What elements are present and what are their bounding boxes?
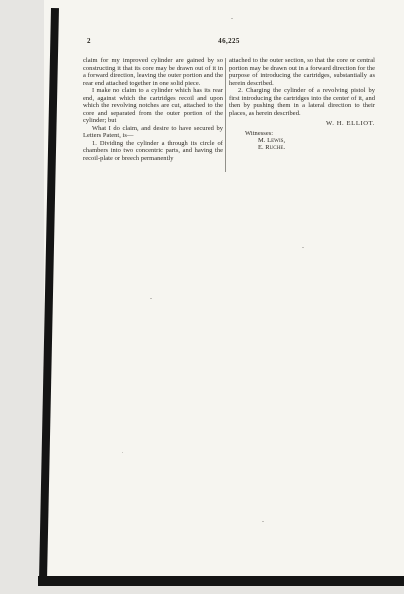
scan-speck <box>302 247 304 248</box>
scan-speck <box>150 298 152 299</box>
witnesses-label: Witnesses: <box>245 130 375 137</box>
scan-speck <box>348 96 349 97</box>
disclaimer-paragraph: I make no claim to a cylinder which has … <box>83 87 223 125</box>
column-divider-rule <box>225 58 226 172</box>
scanned-patent-page: 2 46,225 claim for my improved cylinder … <box>0 0 404 594</box>
left-column: claim for my improved cylinder are gaine… <box>83 57 223 162</box>
scan-speck <box>231 18 233 19</box>
scan-speck <box>122 452 123 453</box>
witness-name: E. Ruche. <box>258 144 375 151</box>
claim-preamble-paragraph: What I do claim, and desire to have secu… <box>83 125 223 140</box>
scan-edge-bottom <box>38 576 404 586</box>
claim-1-paragraph: 1. Dividing the cylinder a through its c… <box>83 140 223 163</box>
scan-speck <box>262 521 264 522</box>
right-column: attached to the outer section, so that t… <box>229 57 375 151</box>
witnesses-block: Witnesses: M. Lewis, E. Ruche. <box>245 130 375 152</box>
witness-name: M. Lewis, <box>258 137 375 144</box>
claim-2-paragraph: 2. Charging the cylinder of a revolving … <box>229 87 375 117</box>
inventor-signature: W. H. ELLIOT. <box>229 120 375 128</box>
patent-number: 46,225 <box>83 37 375 45</box>
continuation-paragraph: claim for my improved cylinder are gaine… <box>83 57 223 87</box>
claim-1-continuation-paragraph: attached to the outer section, so that t… <box>229 57 375 87</box>
